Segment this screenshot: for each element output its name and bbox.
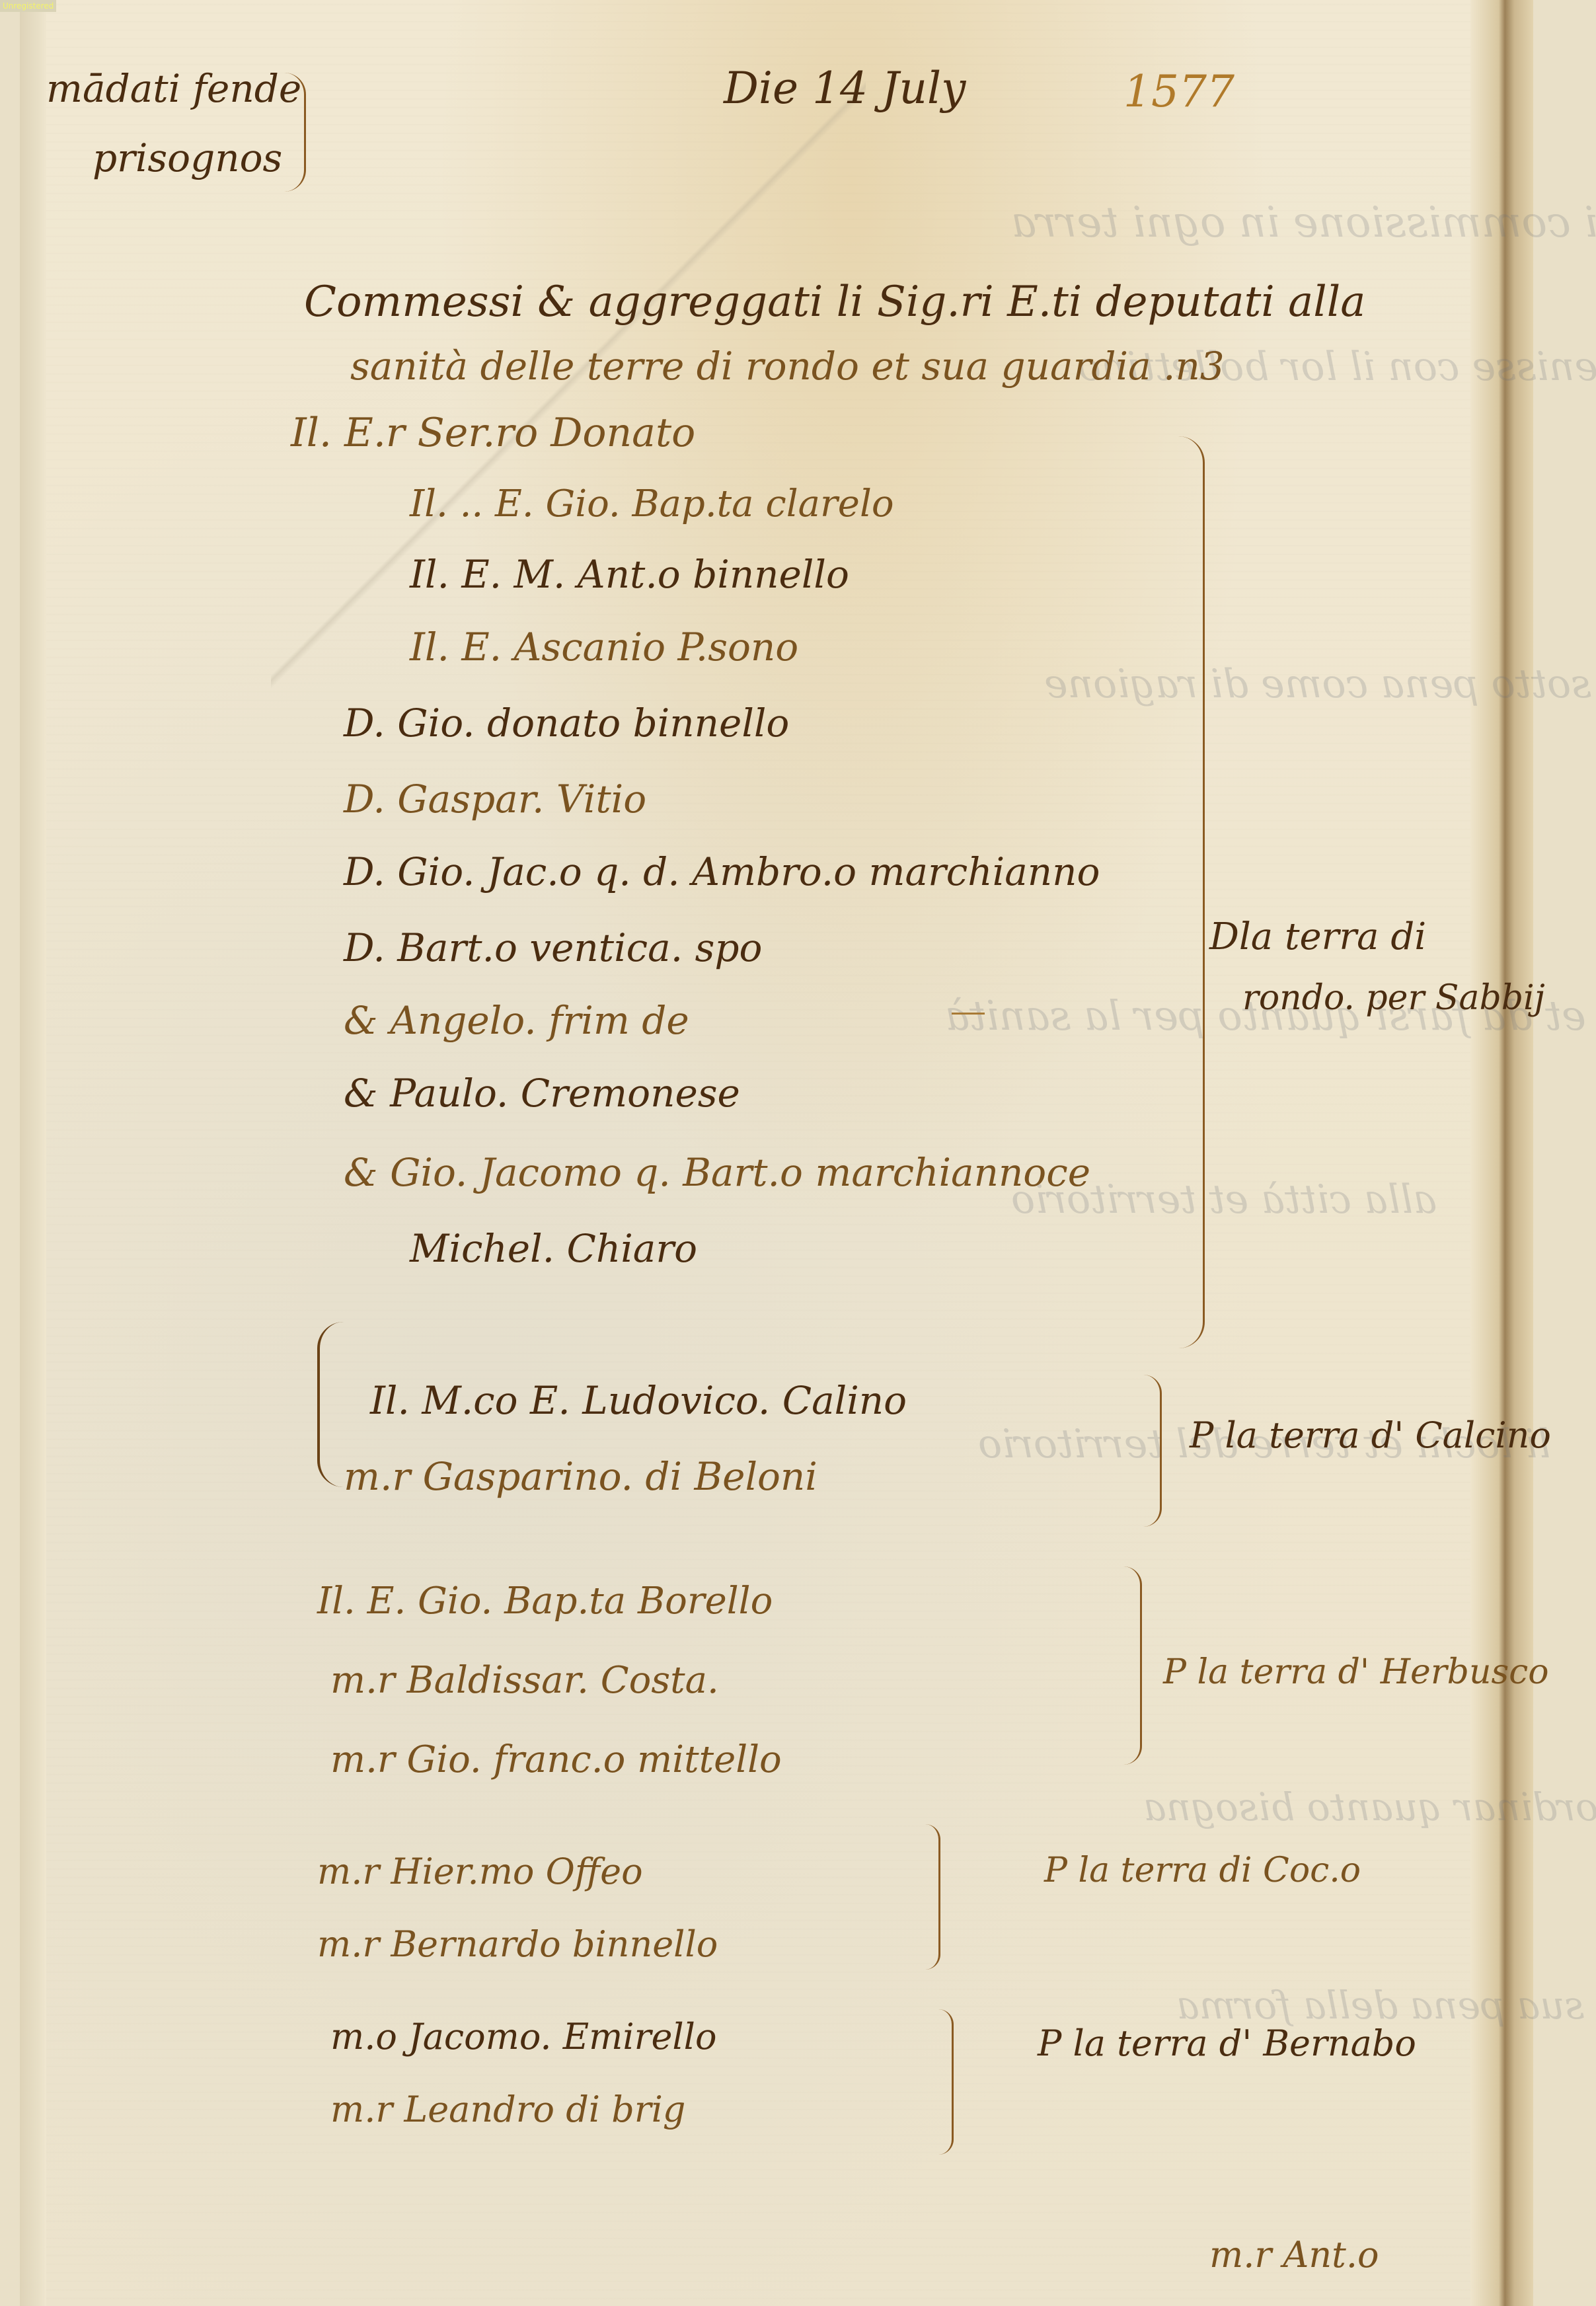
group-brace: [317, 1322, 346, 1487]
heading-line-1: Commessi & aggreggati li Sig.ri E.ti dep…: [304, 278, 1365, 327]
page-left-edge: [20, 0, 46, 2306]
deputy-name: m.r Hier.mo Offeo: [317, 1851, 643, 1892]
group-location-label: rondo. per Sabbij: [1242, 978, 1545, 1018]
group-location-label: Dla terra di: [1209, 915, 1426, 958]
deputy-name: m.r Leandro di brig: [330, 2089, 685, 2130]
deputy-name: Il. E.r Ser.ro Donato: [291, 410, 695, 456]
group-bracket: [938, 2009, 954, 2155]
deputy-name: m.o Jacomo. Emirello: [330, 2016, 716, 2057]
group-location-label: P la terra di Coc.o: [1044, 1851, 1361, 1890]
group-location-label: P la terra d' Calcino: [1190, 1414, 1551, 1456]
deputy-name: D. Gio. Jac.o q. d. Ambro.o marchianno: [344, 849, 1100, 894]
deputy-name: m.r Baldissar. Costa.: [330, 1659, 719, 1702]
bleed-through-text: et ordinar quanto bisogna: [1143, 1785, 1596, 1829]
heading-line-2: sanità delle terre di rondo et sua guard…: [350, 344, 1225, 389]
bleed-through-text: lettere di commissione in ogni terra: [1011, 198, 1596, 247]
date-year: 1577: [1123, 66, 1235, 117]
deputy-name: & Paulo. Cremonese: [344, 1071, 740, 1116]
deputy-name: Il. E. Ascanio P.sono: [410, 625, 798, 670]
margin-note-bracket: [284, 73, 306, 192]
deputy-name: D. Bart.o ventica. spo: [344, 925, 762, 970]
margin-note: mādati fende: [46, 66, 301, 111]
deputy-name: Il. E. Gio. Bap.ta Borello: [317, 1580, 773, 1623]
bleed-through-text: per sotto pena come di ragione: [1044, 661, 1596, 707]
catchword: m.r Ant.o: [1209, 2234, 1379, 2276]
deputy-name: Il. E. M. Ant.o binnello: [410, 552, 849, 597]
bleed-through-text: a sua pena della forma: [1176, 1983, 1596, 2028]
deputy-name: m.r Gio. franc.o mittello: [330, 1738, 782, 1781]
group-bracket: [1123, 1566, 1142, 1765]
deputy-name: Il. .. E. Gio. Bap.ta clarelo: [410, 482, 894, 525]
deputy-name: m.r Bernardo binnello: [317, 1923, 718, 1965]
group-location-label: P la terra d' Herbusco: [1163, 1652, 1549, 1692]
deputy-name: m.r Gasparino. di Beloni: [344, 1454, 817, 1499]
group-location-label: P la terra d' Bernabo: [1038, 2022, 1416, 2064]
group-bracket: [1143, 1375, 1162, 1527]
ink-stroke: [952, 1013, 985, 1015]
deputy-name: Michel. Chiaro: [410, 1226, 697, 1271]
deputy-name: & Angelo. frim de: [344, 998, 689, 1043]
deputy-name: D. Gio. donato binnello: [344, 701, 789, 746]
deputy-name: D. Gaspar. Vitio: [344, 777, 646, 822]
deputy-name: & Gio. Jacomo q. Bart.o marchiannoce: [344, 1150, 1090, 1195]
date-line: Die 14 July: [724, 63, 966, 114]
group-bracket: [1176, 436, 1205, 1348]
deputy-name: Il. M.co E. Ludovico. Calino: [370, 1378, 907, 1423]
group-bracket: [925, 1824, 940, 1970]
margin-note: prisognos: [93, 135, 282, 180]
watermark-label: Unregistered: [0, 0, 56, 12]
